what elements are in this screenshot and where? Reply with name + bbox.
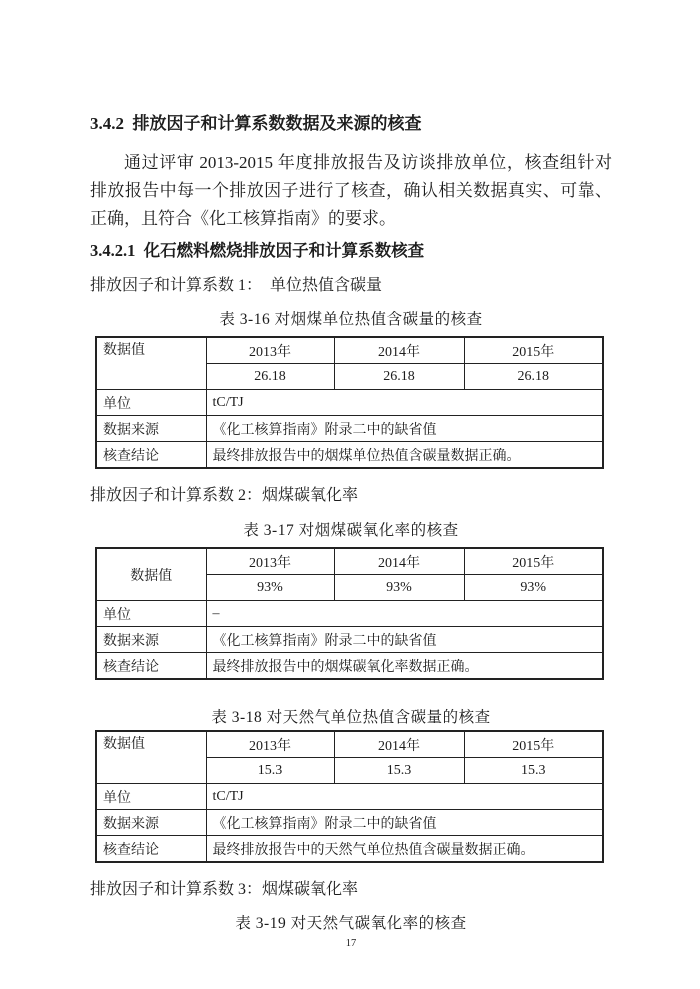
table-row: 单位 – bbox=[96, 601, 603, 627]
conclusion-value-cell: 最终排放报告中的烟煤碳氧化率数据正确。 bbox=[206, 653, 603, 680]
year-header-cell: 2014年 bbox=[334, 337, 464, 364]
source-value-cell: 《化工核算指南》附录二中的缺省值 bbox=[206, 810, 603, 836]
year-header-cell: 2014年 bbox=[334, 731, 464, 758]
table-row: 数据来源 《化工核算指南》附录二中的缺省值 bbox=[96, 416, 603, 442]
value-cell: 15.3 bbox=[464, 758, 603, 784]
value-cell: 93% bbox=[464, 575, 603, 601]
unit-label-cell: 单位 bbox=[96, 390, 206, 416]
section-heading-3-4-2: 3.4.2 排放因子和计算系数数据及来源的核查 bbox=[90, 113, 612, 135]
table-row: 数据值 2013年 2014年 2015年 bbox=[96, 548, 603, 575]
table-3-16: 数据值 2013年 2014年 2015年 26.18 26.18 26.18 … bbox=[95, 336, 604, 469]
factor-line-3: 排放因子和计算系数 3：烟煤碳氧化率 bbox=[90, 880, 612, 900]
unit-value-cell: – bbox=[206, 601, 603, 627]
year-header-cell: 2013年 bbox=[206, 337, 334, 364]
year-header-cell: 2015年 bbox=[464, 548, 603, 575]
table-row: 数据来源 《化工核算指南》附录二中的缺省值 bbox=[96, 627, 603, 653]
table-caption-3-19: 表 3-19 对天然气碳氧化率的核查 bbox=[90, 914, 612, 934]
table-caption-3-17: 表 3-17 对烟煤碳氧化率的核查 bbox=[90, 521, 612, 541]
table-row: 单位 tC/TJ bbox=[96, 784, 603, 810]
value-cell: 15.3 bbox=[334, 758, 464, 784]
source-label-cell: 数据来源 bbox=[96, 810, 206, 836]
table-caption-3-16: 表 3-16 对烟煤单位热值含碳量的核查 bbox=[90, 310, 612, 330]
page-content: 3.4.2 排放因子和计算系数数据及来源的核查 通过评审 2013-2015 年… bbox=[0, 0, 700, 951]
value-cell: 93% bbox=[206, 575, 334, 601]
section-heading-3-4-2-1: 3.4.2.1 化石燃料燃烧排放因子和计算系数核查 bbox=[90, 240, 612, 262]
factor-line-2: 排放因子和计算系数 2：烟煤碳氧化率 bbox=[90, 486, 612, 506]
table-row: 核查结论 最终排放报告中的天然气单位热值含碳量数据正确。 bbox=[96, 836, 603, 863]
conclusion-value-cell: 最终排放报告中的烟煤单位热值含碳量数据正确。 bbox=[206, 442, 603, 469]
data-value-label-cell: 数据值 bbox=[96, 731, 206, 784]
factor-line-1: 排放因子和计算系数 1： 单位热值含碳量 bbox=[90, 276, 612, 296]
value-cell: 26.18 bbox=[206, 364, 334, 390]
table-row: 单位 tC/TJ bbox=[96, 390, 603, 416]
conclusion-label-cell: 核查结论 bbox=[96, 442, 206, 469]
conclusion-label-cell: 核查结论 bbox=[96, 653, 206, 680]
value-cell: 26.18 bbox=[464, 364, 603, 390]
source-label-cell: 数据来源 bbox=[96, 627, 206, 653]
year-header-cell: 2015年 bbox=[464, 731, 603, 758]
unit-label-cell: 单位 bbox=[96, 784, 206, 810]
conclusion-label-cell: 核查结论 bbox=[96, 836, 206, 863]
value-cell: 93% bbox=[334, 575, 464, 601]
unit-value-cell: tC/TJ bbox=[206, 390, 603, 416]
year-header-cell: 2014年 bbox=[334, 548, 464, 575]
unit-value-cell: tC/TJ bbox=[206, 784, 603, 810]
source-label-cell: 数据来源 bbox=[96, 416, 206, 442]
year-header-cell: 2015年 bbox=[464, 337, 603, 364]
table-caption-3-18: 表 3-18 对天然气单位热值含碳量的核查 bbox=[90, 708, 612, 728]
unit-label-cell: 单位 bbox=[96, 601, 206, 627]
table-row: 数据值 2013年 2014年 2015年 bbox=[96, 731, 603, 758]
page-number: 17 bbox=[90, 937, 612, 951]
intro-paragraph: 通过评审 2013-2015 年度排放报告及访谈排放单位，核查组针对排放报告中每… bbox=[90, 149, 612, 233]
data-value-label-cell: 数据值 bbox=[96, 548, 206, 601]
year-header-cell: 2013年 bbox=[206, 731, 334, 758]
table-3-17: 数据值 2013年 2014年 2015年 93% 93% 93% 单位 – 数… bbox=[95, 547, 604, 680]
table-row: 核查结论 最终排放报告中的烟煤碳氧化率数据正确。 bbox=[96, 653, 603, 680]
source-value-cell: 《化工核算指南》附录二中的缺省值 bbox=[206, 416, 603, 442]
table-row: 数据值 2013年 2014年 2015年 bbox=[96, 337, 603, 364]
conclusion-value-cell: 最终排放报告中的天然气单位热值含碳量数据正确。 bbox=[206, 836, 603, 863]
table-3-18: 数据值 2013年 2014年 2015年 15.3 15.3 15.3 单位 … bbox=[95, 730, 604, 863]
document-page: 3.4.2 排放因子和计算系数数据及来源的核查 通过评审 2013-2015 年… bbox=[0, 0, 700, 989]
value-cell: 15.3 bbox=[206, 758, 334, 784]
data-value-label-cell: 数据值 bbox=[96, 337, 206, 390]
value-cell: 26.18 bbox=[334, 364, 464, 390]
table-row: 核查结论 最终排放报告中的烟煤单位热值含碳量数据正确。 bbox=[96, 442, 603, 469]
year-header-cell: 2013年 bbox=[206, 548, 334, 575]
table-row: 数据来源 《化工核算指南》附录二中的缺省值 bbox=[96, 810, 603, 836]
source-value-cell: 《化工核算指南》附录二中的缺省值 bbox=[206, 627, 603, 653]
